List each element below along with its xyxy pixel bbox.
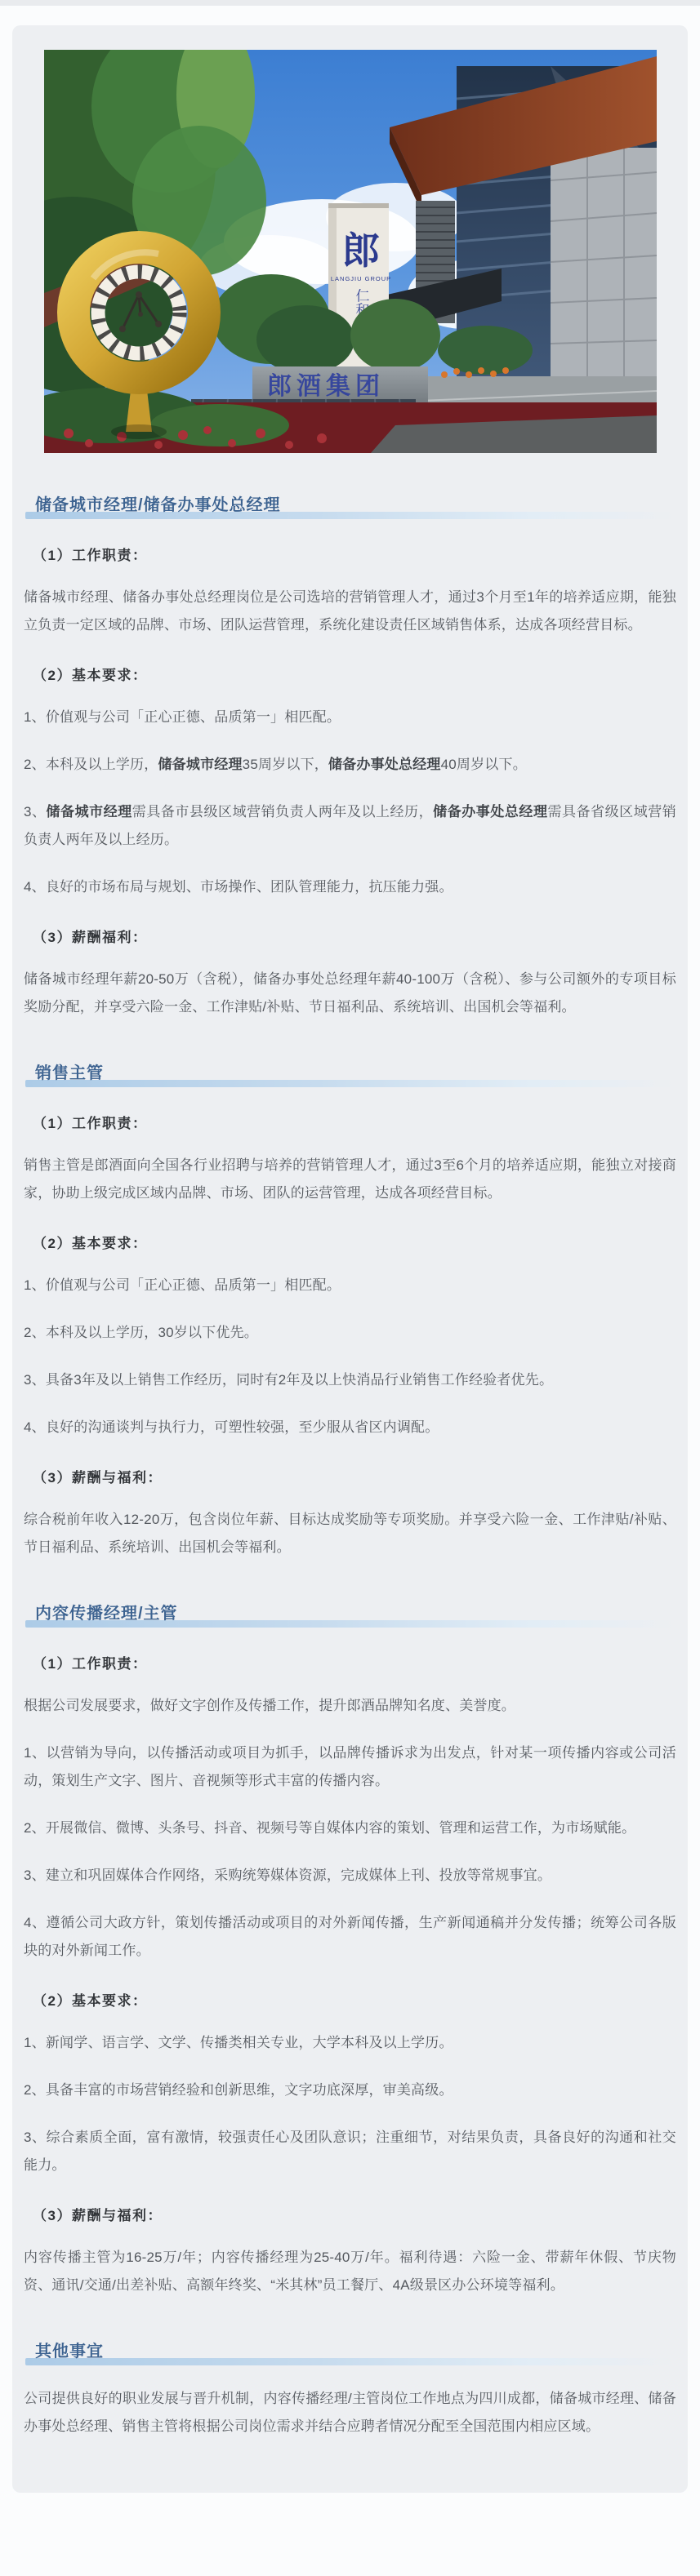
job-section: 销售主管（1）工作职责：销售主管是郎酒面向全国各行业招聘与培养的营销管理人才，通… [22,1062,678,1561]
tower-logo: 郎 [342,229,380,272]
block-paragraph: 公司提供良好的职业发展与晋升机制，内容传播经理/主管岗位工作地点为四川成都，储备… [24,2385,676,2441]
page-bottom-margin [0,2493,700,2509]
block-paragraph: 1、新闻学、语言学、文学、传播类相关专业，大学本科及以上学历。 [24,2029,676,2057]
block-paragraph: 销售主管是郎酒面向全国各行业招聘与培养的营销管理人才，通过3至6个月的培养适应期… [24,1152,676,1207]
section-header: 其他事宜 [25,2340,675,2365]
block-subheading: （1）工作职责： [24,544,676,564]
section-header: 储备城市经理/储备办事处总经理 [25,494,675,519]
text-run: 4、良好的沟通谈判与执行力，可塑性较强，至少服从省区内调配。 [24,1419,439,1435]
text-run: 根据公司发展要求，做好文字创作及传播工作，提升郎酒品牌知名度、美誉度。 [24,1698,515,1713]
block-paragraph: 4、良好的市场布局与规划、市场操作、团队管理能力，抗压能力强。 [24,873,676,901]
block-subheading: （3）薪酬福利： [24,926,676,946]
section-header: 销售主管 [25,1062,675,1087]
section-title: 储备城市经理/储备办事处总经理 [25,494,675,517]
block-paragraph: 2、具备丰富的市场营销经验和创新思维，文字功底深厚，审美高级。 [24,2076,676,2104]
section-title: 内容传播经理/主管 [25,1602,675,1625]
block-subheading: （3）薪酬与福利： [24,2204,676,2224]
block-paragraph: 4、遵循公司大政方针，策划传播活动或项目的对外新闻传播，生产新闻通稿并分发传播；… [24,1909,676,1965]
text-run: 3、建立和巩固媒体合作网络，采购统筹媒体资源，完成媒体上刊、投放等常规事宜。 [24,1868,551,1883]
block-paragraph: 2、开展微信、微博、头条号、抖音、视频号等自媒体内容的策划、管理和运营工作，为市… [24,1814,676,1842]
text-run: 40周岁以下。 [441,757,527,772]
text-run: 公司提供良好的职业发展与晋升机制，内容传播经理/主管岗位工作地点为四川成都，储备… [24,2391,676,2434]
text-run: 2、开展微信、微博、头条号、抖音、视频号等自媒体内容的策划、管理和运营工作，为市… [24,1820,635,1836]
article-card: 郎 LANGJIU GROUP 仁和楼 郎酒 [12,25,688,2493]
block-paragraph: 2、本科及以上学历，30岁以下优先。 [24,1319,676,1347]
text-run: 3、具备3年及以上销售工作经历，同时有2年及以上快消品行业销售工作经验者优先。 [24,1372,553,1388]
block-paragraph: 储备城市经理、储备办事处总经理岗位是公司选培的营销管理人才，通过3个月至1年的培… [24,584,676,639]
block-subheading: （2）基本要求： [24,664,676,684]
block-paragraph: 1、以营销为导向，以传播活动或项目为抓手，以品牌传播诉求为出发点，针对某一项传播… [24,1739,676,1795]
gate-sign-text: 郎酒集团 [267,372,385,400]
text-run: 储备城市经理 [158,757,242,772]
tower-logo-caption: LANGJIU GROUP [330,275,390,282]
text-run: 1、价值观与公司「正心正德、品质第一」相匹配。 [24,1277,341,1293]
job-section: 其他事宜公司提供良好的职业发展与晋升机制，内容传播经理/主管岗位工作地点为四川成… [22,2340,678,2441]
block-paragraph: 3、具备3年及以上销售工作经历，同时有2年及以上快消品行业销售工作经验者优先。 [24,1366,676,1394]
text-run: 3、综合素质全面，富有激情，较强责任心及团队意识；注重细节，对结果负责，具备良好… [24,2130,676,2173]
block-paragraph: 3、储备城市经理需具备市县级区域营销负责人两年及以上经历，储备办事处总经理需具备… [24,798,676,854]
text-run: 1、价值观与公司「正心正德、品质第一」相匹配。 [24,709,341,725]
section-header: 内容传播经理/主管 [25,1602,675,1628]
text-run: 储备城市经理、储备办事处总经理岗位是公司选培的营销管理人才，通过3个月至1年的培… [24,589,676,633]
block-paragraph: 内容传播主管为16-25万/年；内容传播经理为25-40万/年。福利待遇：六险一… [24,2244,676,2299]
block-paragraph: 综合税前年收入12-20万，包含岗位年薪、目标达成奖励等专项奖励。并享受六险一金… [24,1506,676,1561]
block-subheading: （1）工作职责： [24,1112,676,1132]
text-run: 4、良好的市场布局与规划、市场操作、团队管理能力，抗压能力强。 [24,879,453,895]
block-paragraph: 3、综合素质全面，富有激情，较强责任心及团队意识；注重细节，对结果负责，具备良好… [24,2124,676,2179]
text-run: 综合税前年收入12-20万，包含岗位年薪、目标达成奖励等专项奖励。并享受六险一金… [24,1512,676,1555]
block-paragraph: 3、建立和巩固媒体合作网络，采购统筹媒体资源，完成媒体上刊、投放等常规事宜。 [24,1862,676,1890]
job-section: 储备城市经理/储备办事处总经理（1）工作职责：储备城市经理、储备办事处总经理岗位… [22,494,678,1021]
job-section: 内容传播经理/主管（1）工作职责：根据公司发展要求，做好文字创作及传播工作，提升… [22,1602,678,2299]
page: { "colors": { "page_bg": "#fbfcfd", "car… [0,0,700,2576]
block-subheading: （3）薪酬与福利： [24,1466,676,1486]
text-run: 储备城市经理 [47,804,132,819]
text-run: 1、新闻学、语言学、文学、传播类相关专业，大学本科及以上学历。 [24,2035,453,2050]
text-run: 销售主管是郎酒面向全国各行业招聘与培养的营销管理人才，通过3至6个月的培养适应期… [24,1157,676,1201]
block-paragraph: 1、价值观与公司「正心正德、品质第一」相匹配。 [24,1272,676,1299]
block-subheading: （2）基本要求： [24,1989,676,2010]
panel-facade [551,148,657,393]
hero-photo: 郎 LANGJIU GROUP 仁和楼 郎酒 [44,50,657,453]
text-run: 2、本科及以上学历， [24,757,158,772]
block-paragraph: 储备城市经理年薪20-50万（含税），储备办事处总经理年薪40-100万（含税）… [24,966,676,1021]
text-run: 3、 [24,804,47,819]
page-top-edge [0,0,700,6]
block-subheading: （2）基本要求： [24,1232,676,1252]
sections-container: 储备城市经理/储备办事处总经理（1）工作职责：储备城市经理、储备办事处总经理岗位… [22,494,678,2441]
text-run: 1、以营销为导向，以传播活动或项目为抓手，以品牌传播诉求为出发点，针对某一项传播… [24,1745,676,1788]
block-paragraph: 1、价值观与公司「正心正德、品质第一」相匹配。 [24,704,676,731]
text-run: 储备城市经理年薪20-50万（含税），储备办事处总经理年薪40-100万（含税）… [24,971,676,1015]
section-title: 其他事宜 [25,2340,675,2363]
block-paragraph: 根据公司发展要求，做好文字创作及传播工作，提升郎酒品牌知名度、美誉度。 [24,1692,676,1720]
text-run: 储备办事处总经理 [328,757,441,772]
block-paragraph: 2、本科及以上学历，储备城市经理35周岁以下，储备办事处总经理40周岁以下。 [24,751,676,779]
text-run: 35周岁以下， [243,757,328,772]
text-run: 4、遵循公司大政方针，策划传播活动或项目的对外新闻传播，生产新闻通稿并分发传播；… [24,1915,676,1958]
text-run: 2、本科及以上学历，30岁以下优先。 [24,1325,258,1340]
text-run: 内容传播主管为16-25万/年；内容传播经理为25-40万/年。福利待遇：六险一… [24,2250,676,2293]
block-paragraph: 4、良好的沟通谈判与执行力，可塑性较强，至少服从省区内调配。 [24,1414,676,1441]
text-run: 2、具备丰富的市场营销经验和创新思维，文字功底深厚，审美高级。 [24,2082,453,2098]
block-subheading: （1）工作职责： [24,1652,676,1672]
text-run: 需具备市县级区域营销负责人两年及以上经历， [132,804,433,819]
text-run: 储备办事处总经理 [433,804,547,819]
section-title: 销售主管 [25,1062,675,1085]
